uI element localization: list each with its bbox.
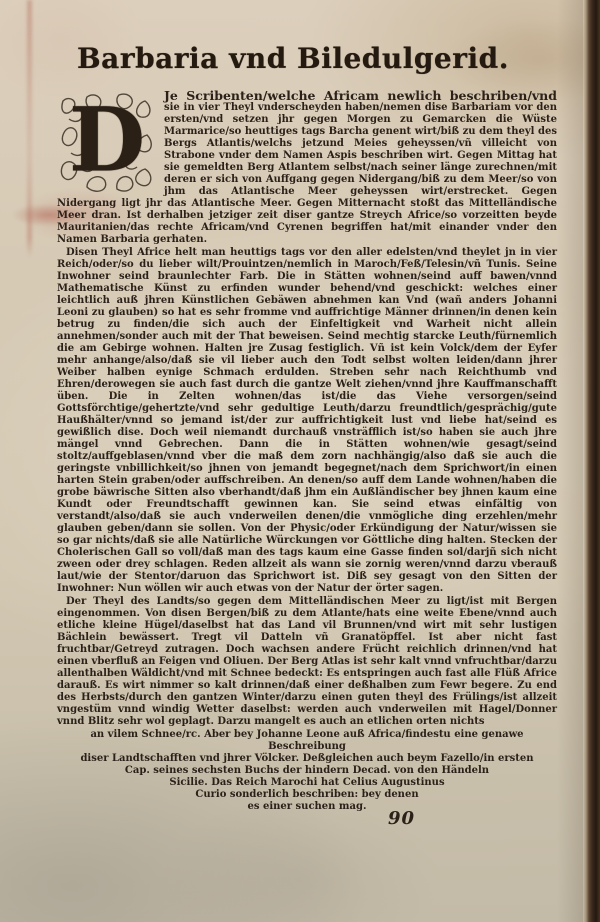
colophon: an vilem Schnee/rc. Aber bey Johanne Leo… [57,729,557,813]
paragraph-2: Disen Theyl Africe helt man heuttigs tag… [57,247,557,595]
page-curve-shadow [557,0,583,922]
colophon-line: Cap. seines sechsten Buchs der hindern D… [57,765,557,777]
drop-cap-initial: D [57,91,157,195]
page-title: Barbaria vnd Biledulgerid. [0,42,586,75]
text-block: D Je Scribenten/welche Africam newlich b… [57,90,557,813]
colophon-line: diser Landtschafften vnd jhrer Völcker. … [57,753,557,765]
paragraph-3: Der Theyl des Landts/so gegen dem Mittel… [57,596,557,728]
paragraph-1: D Je Scribenten/welche Africam newlich b… [57,90,557,246]
colophon-line: Curio sonderlich beschriben: bey denen [57,789,557,801]
colophon-line: an vilem Schnee/rc. Aber bey Johanne Leo… [57,729,557,753]
drop-cap-letter: D [69,95,145,183]
page-number: 90 [388,808,415,829]
colophon-line: es einer suchen mag. [57,801,557,813]
colophon-line: Sicilie. Das Reich Marochi hat Celius Au… [57,777,557,789]
book-edge [583,0,600,922]
book-page-photo: Barbaria vnd Biledulgerid. [0,0,600,922]
